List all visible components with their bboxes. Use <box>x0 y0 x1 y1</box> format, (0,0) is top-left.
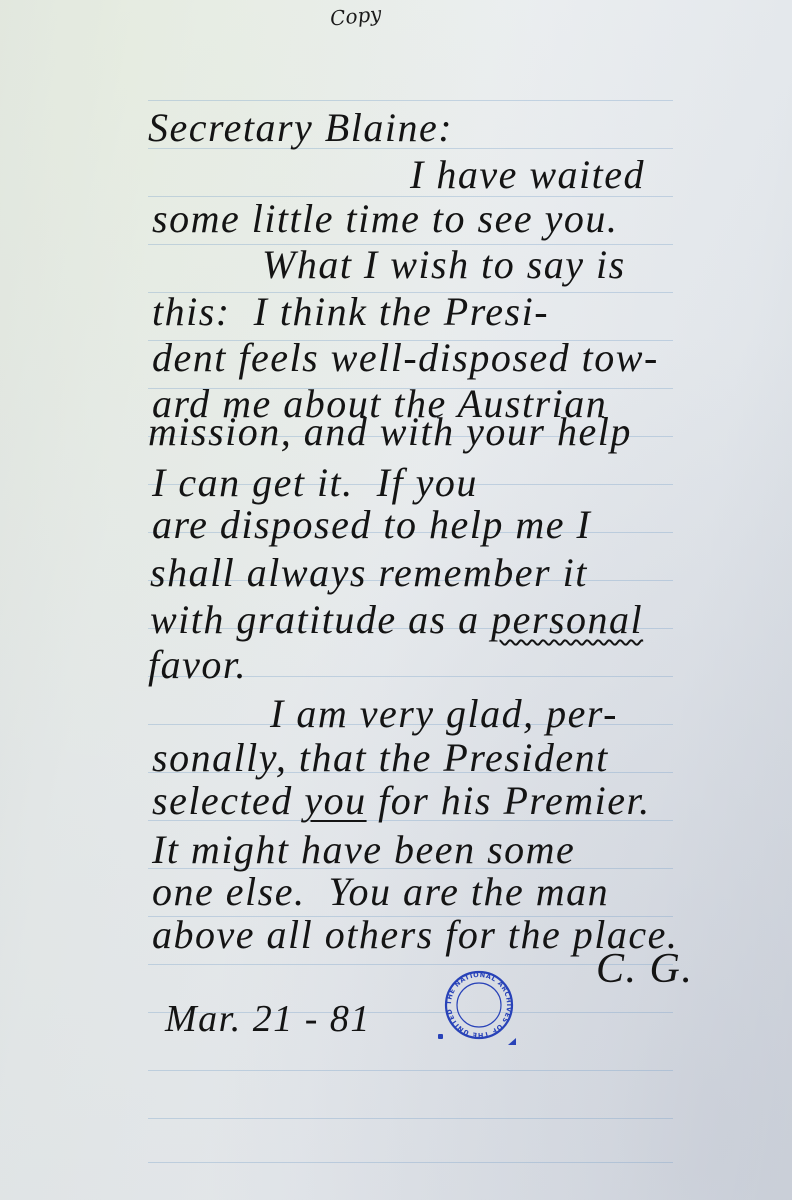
letter-line: It might have been some <box>152 830 575 870</box>
archive-stamp-icon: THE NATIONAL ARCHIVES OF THE UNITED STAT… <box>442 968 516 1042</box>
archive-stamp: THE NATIONAL ARCHIVES OF THE UNITED STAT… <box>442 968 516 1042</box>
rule-line <box>148 1118 673 1119</box>
letter-line: with gratitude as a personal <box>150 600 643 640</box>
letter-text: for his Premier. <box>367 778 651 823</box>
letter-line: mission, and with your help <box>148 412 632 452</box>
letter-line: sonally, that the President <box>152 738 609 778</box>
rule-line <box>148 964 673 965</box>
rule-line <box>148 100 673 101</box>
letter-line: dent feels well-disposed tow- <box>152 338 659 378</box>
signature: C. G. <box>596 948 693 990</box>
stamp-corner-mark <box>438 1034 443 1039</box>
emphasized-word-you: you <box>304 778 366 823</box>
stamp-corner-mark <box>508 1038 516 1045</box>
salutation: Secretary Blaine: <box>148 108 453 148</box>
rule-line <box>148 1070 673 1071</box>
rule-line <box>148 1162 673 1163</box>
letter-line: selected you for his Premier. <box>152 781 651 821</box>
stamp-text: THE NATIONAL ARCHIVES OF THE UNITED STAT… <box>442 968 513 1039</box>
letter-line: I can get it. If you <box>152 463 478 503</box>
letter-line: some little time to see you. <box>152 199 618 239</box>
letter-line: are disposed to help me I <box>152 505 591 545</box>
emphasized-word-personal: personal <box>491 597 643 642</box>
copy-annotation: Copy <box>329 1 383 30</box>
date: Mar. 21 - 81 <box>165 1000 371 1038</box>
letter-text: with gratitude as a <box>150 597 491 642</box>
letter-line: one else. You are the man <box>152 872 609 912</box>
letter-line: What I wish to say is <box>262 245 626 285</box>
letter-line: favor. <box>148 645 247 685</box>
letter-line: I have waited <box>410 155 645 195</box>
letter-line: this: I think the Presi- <box>152 292 549 332</box>
letter-line: I am very glad, per- <box>270 694 618 734</box>
svg-text:THE NATIONAL ARCHIVES OF THE U: THE NATIONAL ARCHIVES OF THE UNITED STAT… <box>442 968 513 1039</box>
letter-line: shall always remember it <box>150 553 588 593</box>
letter-text: selected <box>152 778 304 823</box>
